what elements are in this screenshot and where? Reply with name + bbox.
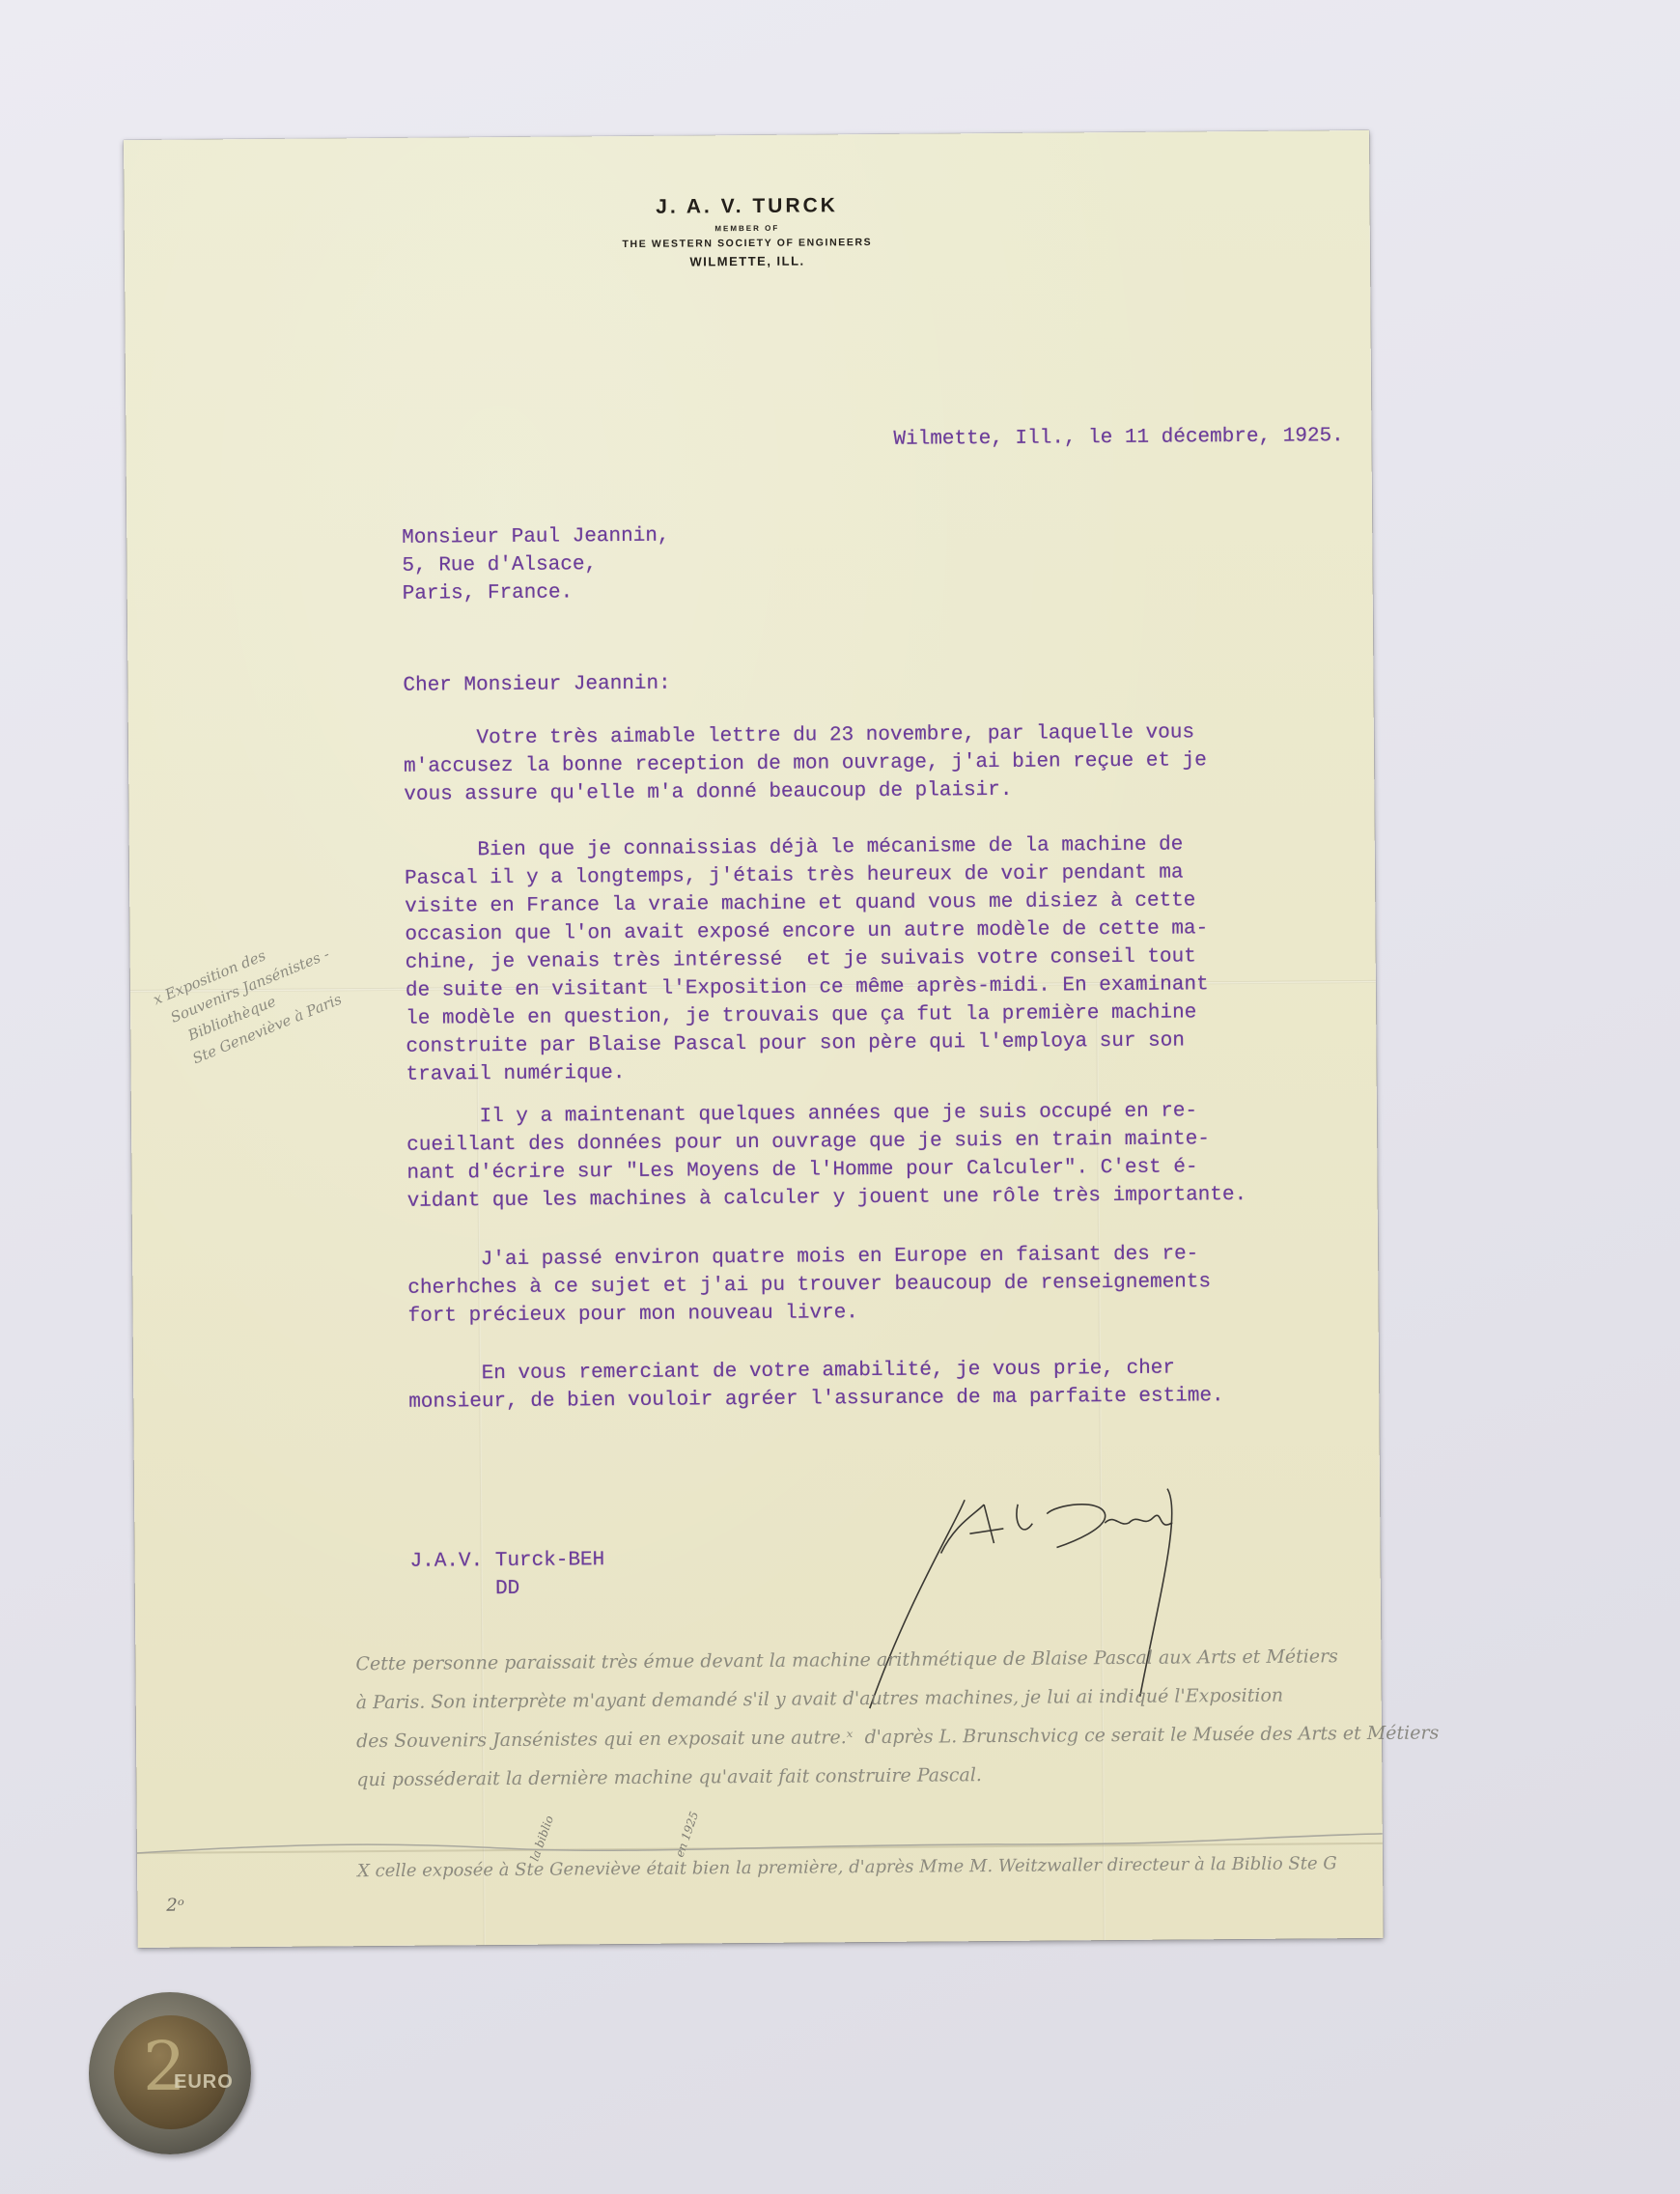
letterhead-city: WILMETTE, ILL.: [125, 249, 1370, 273]
two-euro-coin: 2 EURO: [89, 1992, 251, 2154]
recipient-address: Monsieur Paul Jeannin, 5, Rue d'Alsace, …: [402, 522, 670, 608]
coin-value: 2: [143, 2027, 186, 2106]
margin-pencil-note: x Exposition des Souvenirs Jansénistes -…: [150, 921, 350, 1076]
recipient-line-2: 5, Rue d'Alsace,: [402, 553, 597, 577]
coin-unit: EURO: [174, 2071, 234, 2094]
body-paragraph-5: En vous remerciant de votre amabilité, j…: [408, 1354, 1224, 1417]
recipient-line-3: Paris, France.: [403, 581, 574, 605]
coin-center: 2 EURO: [114, 2015, 228, 2129]
pencil-footnote-x: X celle exposée à Ste Geneviève était bi…: [357, 1844, 1337, 1891]
date-line: Wilmette, Ill., le 11 décembre, 1925.: [893, 422, 1343, 454]
letterhead-name: J. A. V. TURCK: [125, 190, 1370, 223]
salutation: Cher Monsieur Jeannin:: [403, 670, 670, 700]
letter-sheet: J. A. V. TURCK MEMBER OF THE WESTERN SOC…: [124, 130, 1384, 1948]
pencil-page-number: 2ᵒ: [166, 1896, 184, 1916]
body-paragraph-1: Votre très aimable lettre du 23 novembre…: [404, 718, 1207, 809]
recipient-line-1: Monsieur Paul Jeannin,: [402, 525, 669, 549]
pencil-footnote-main: Cette personne paraissait très émue deva…: [355, 1636, 1440, 1799]
reference-initials: J.A.V. Turck-BEH DD: [409, 1546, 604, 1604]
letterhead: J. A. V. TURCK MEMBER OF THE WESTERN SOC…: [125, 190, 1371, 273]
body-paragraph-4: J'ai passé environ quatre mois en Europe…: [407, 1240, 1211, 1331]
body-paragraph-2: Bien que je connaissias déjà le mécanism…: [405, 830, 1210, 1089]
body-paragraph-3: Il y a maintenant quelques années que je…: [406, 1097, 1246, 1216]
